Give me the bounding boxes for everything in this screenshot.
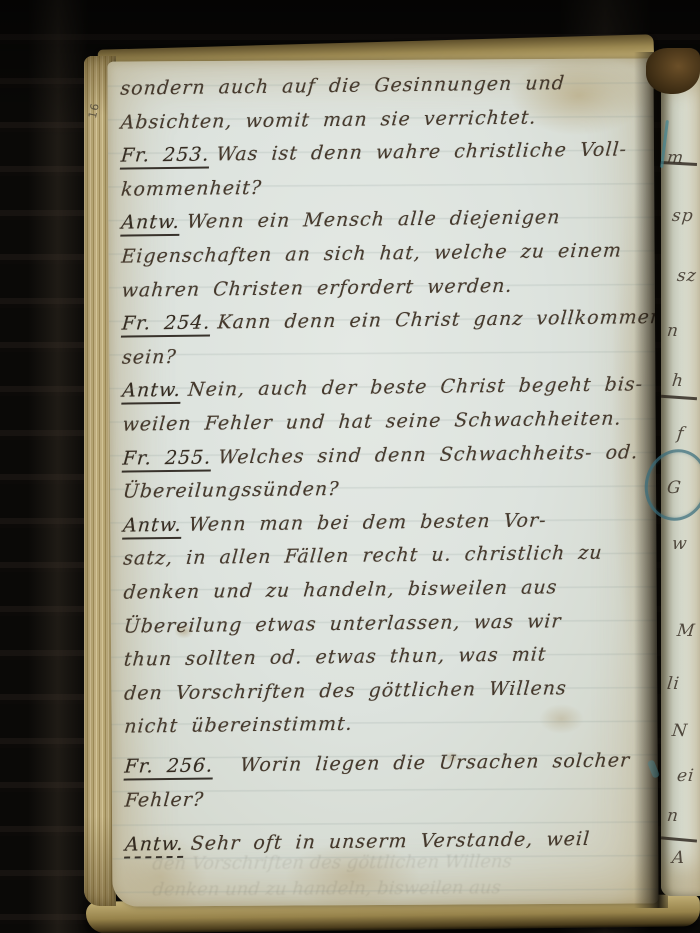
manuscript-line: Fr. 256.Worin liegen die Ursachen solche… (124, 749, 631, 777)
manuscript-line: weilen Fehler und hat seine Schwachheite… (122, 407, 623, 435)
line-text: nicht übereinstimmt. (124, 713, 354, 738)
manuscript-line: Antw.Sehr oft in unserm Verstande, weil (124, 828, 591, 856)
adjacent-page-text-fragment: li (666, 674, 681, 694)
manuscript-line: Fr. 255.Welches sind denn Schwachheits- … (122, 441, 639, 469)
line-text: Wenn man bei dem besten Vor- (188, 509, 547, 535)
manuscript-line: sein? (121, 346, 177, 369)
line-text: sondern auch auf die Gesinnungen und (120, 72, 566, 99)
manuscript-line: Antw.Nein, auch der beste Christ begeht … (122, 374, 644, 402)
manuscript-line: Fr. 254.Kann denn ein Christ ganz vollko… (121, 306, 658, 335)
line-text: Wenn ein Mensch alle diejenigen (186, 207, 561, 234)
manuscript-line: nicht übereinstimmt. (124, 713, 354, 738)
manuscript-line: thun sollten od. etwas thun, was mit (123, 644, 547, 671)
manuscript-page[interactable]: den Vorschriften des göttlichen Willens … (107, 58, 658, 906)
line-text: den Vorschriften des göttlichen Willens (123, 677, 567, 704)
adjacent-page-text-fragment: h (671, 371, 685, 391)
book-cover-corner (646, 48, 700, 94)
adjacent-heading-underline (661, 395, 697, 400)
adjacent-page-text-fragment: ei (676, 766, 696, 786)
manuscript-line: wahren Christen erfordert werden. (121, 274, 513, 301)
line-text: Eigenschaften an sich hat, welche zu ein… (121, 239, 623, 267)
line-text: kommenheit? (120, 177, 263, 201)
manuscript-line: Eigenschaften an sich hat, welche zu ein… (121, 239, 623, 267)
adjacent-page-text-fragment: w (671, 534, 689, 554)
answer-label: Antw. (121, 379, 182, 405)
line-text: wahren Christen erfordert werden. (121, 274, 513, 301)
line-text: Nein, auch der beste Christ begeht bis- (187, 374, 644, 402)
adjacent-page-text-fragment: M (676, 621, 697, 641)
adjacent-page-text-fragment: n (666, 321, 680, 341)
question-number-label: Fr. 255. (122, 446, 212, 472)
answer-label: Antw. (124, 833, 185, 859)
adjacent-page-text-fragment: n (666, 806, 680, 826)
line-text: Sehr oft in unserm Verstande, weil (190, 828, 591, 855)
line-text: Absichten, womit man sie verrichtet. (120, 106, 537, 133)
line-text: Übereilung etwas unterlassen, was wir (123, 610, 562, 637)
manuscript-line: Antw.Wenn man bei dem besten Vor- (122, 509, 547, 536)
line-text: Welches sind denn Schwachheits- od. (218, 441, 640, 468)
line-text: Übereilungssünden? (122, 478, 340, 503)
adjacent-page-text-fragment: sp (671, 206, 695, 226)
question-number-label: Fr. 256. (124, 754, 214, 780)
manuscript-line: Übereilungssünden? (122, 478, 340, 503)
adjacent-page-text-fragment: f (676, 894, 685, 896)
answer-label: Antw. (120, 211, 181, 237)
manuscript-line: kommenheit? (120, 177, 263, 201)
adjacent-page-text-fragment: N (671, 721, 689, 741)
line-text: satz, in allen Fällen recht u. christlic… (123, 542, 604, 570)
line-text: weilen Fehler und hat seine Schwachheite… (122, 407, 623, 435)
manuscript-line: den Vorschriften des göttlichen Willens (123, 677, 567, 704)
question-number-label: Fr. 254. (121, 312, 211, 338)
adjacent-page-text-fragment: sz (676, 266, 698, 286)
line-text: Was ist denn wahre christliche Voll- (216, 139, 628, 166)
manuscript-line: denken und zu handeln, bisweilen aus (123, 576, 559, 603)
manuscript-line: Fr. 253.Was ist denn wahre christliche V… (120, 139, 628, 167)
manuscript-line: sondern auch auf die Gesinnungen und (120, 72, 566, 99)
line-text: Kann denn ein Christ ganz vollkommen (217, 306, 659, 333)
adjacent-heading-underline (661, 836, 697, 842)
manuscript-line: Übereilung etwas unterlassen, was wir (123, 610, 562, 637)
line-text: Worin liegen die Ursachen solcher (239, 749, 631, 776)
adjacent-page-text-fragment: f (676, 424, 685, 444)
adjacent-page-text-fragment: A (671, 848, 686, 868)
line-text: denken und zu handeln, bisweilen aus (123, 576, 559, 603)
line-text: Fehler? (124, 788, 205, 811)
adjacent-page-text-fragment: m (666, 148, 685, 168)
manuscript-line: Fehler? (124, 788, 205, 811)
manuscript-line: Absichten, womit man sie verrichtet. (120, 106, 537, 133)
manuscript-text: sondern auch auf die Gesinnungen undAbsi… (107, 58, 658, 906)
manuscript-line: satz, in allen Fällen recht u. christlic… (123, 542, 604, 570)
line-text: sein? (121, 346, 177, 369)
answer-label: Antw. (122, 514, 183, 540)
line-text: thun sollten od. etwas thun, was mit (123, 644, 547, 671)
question-number-label: Fr. 253. (120, 144, 210, 170)
manuscript-line: Antw.Wenn ein Mensch alle diejenigen (120, 207, 561, 234)
